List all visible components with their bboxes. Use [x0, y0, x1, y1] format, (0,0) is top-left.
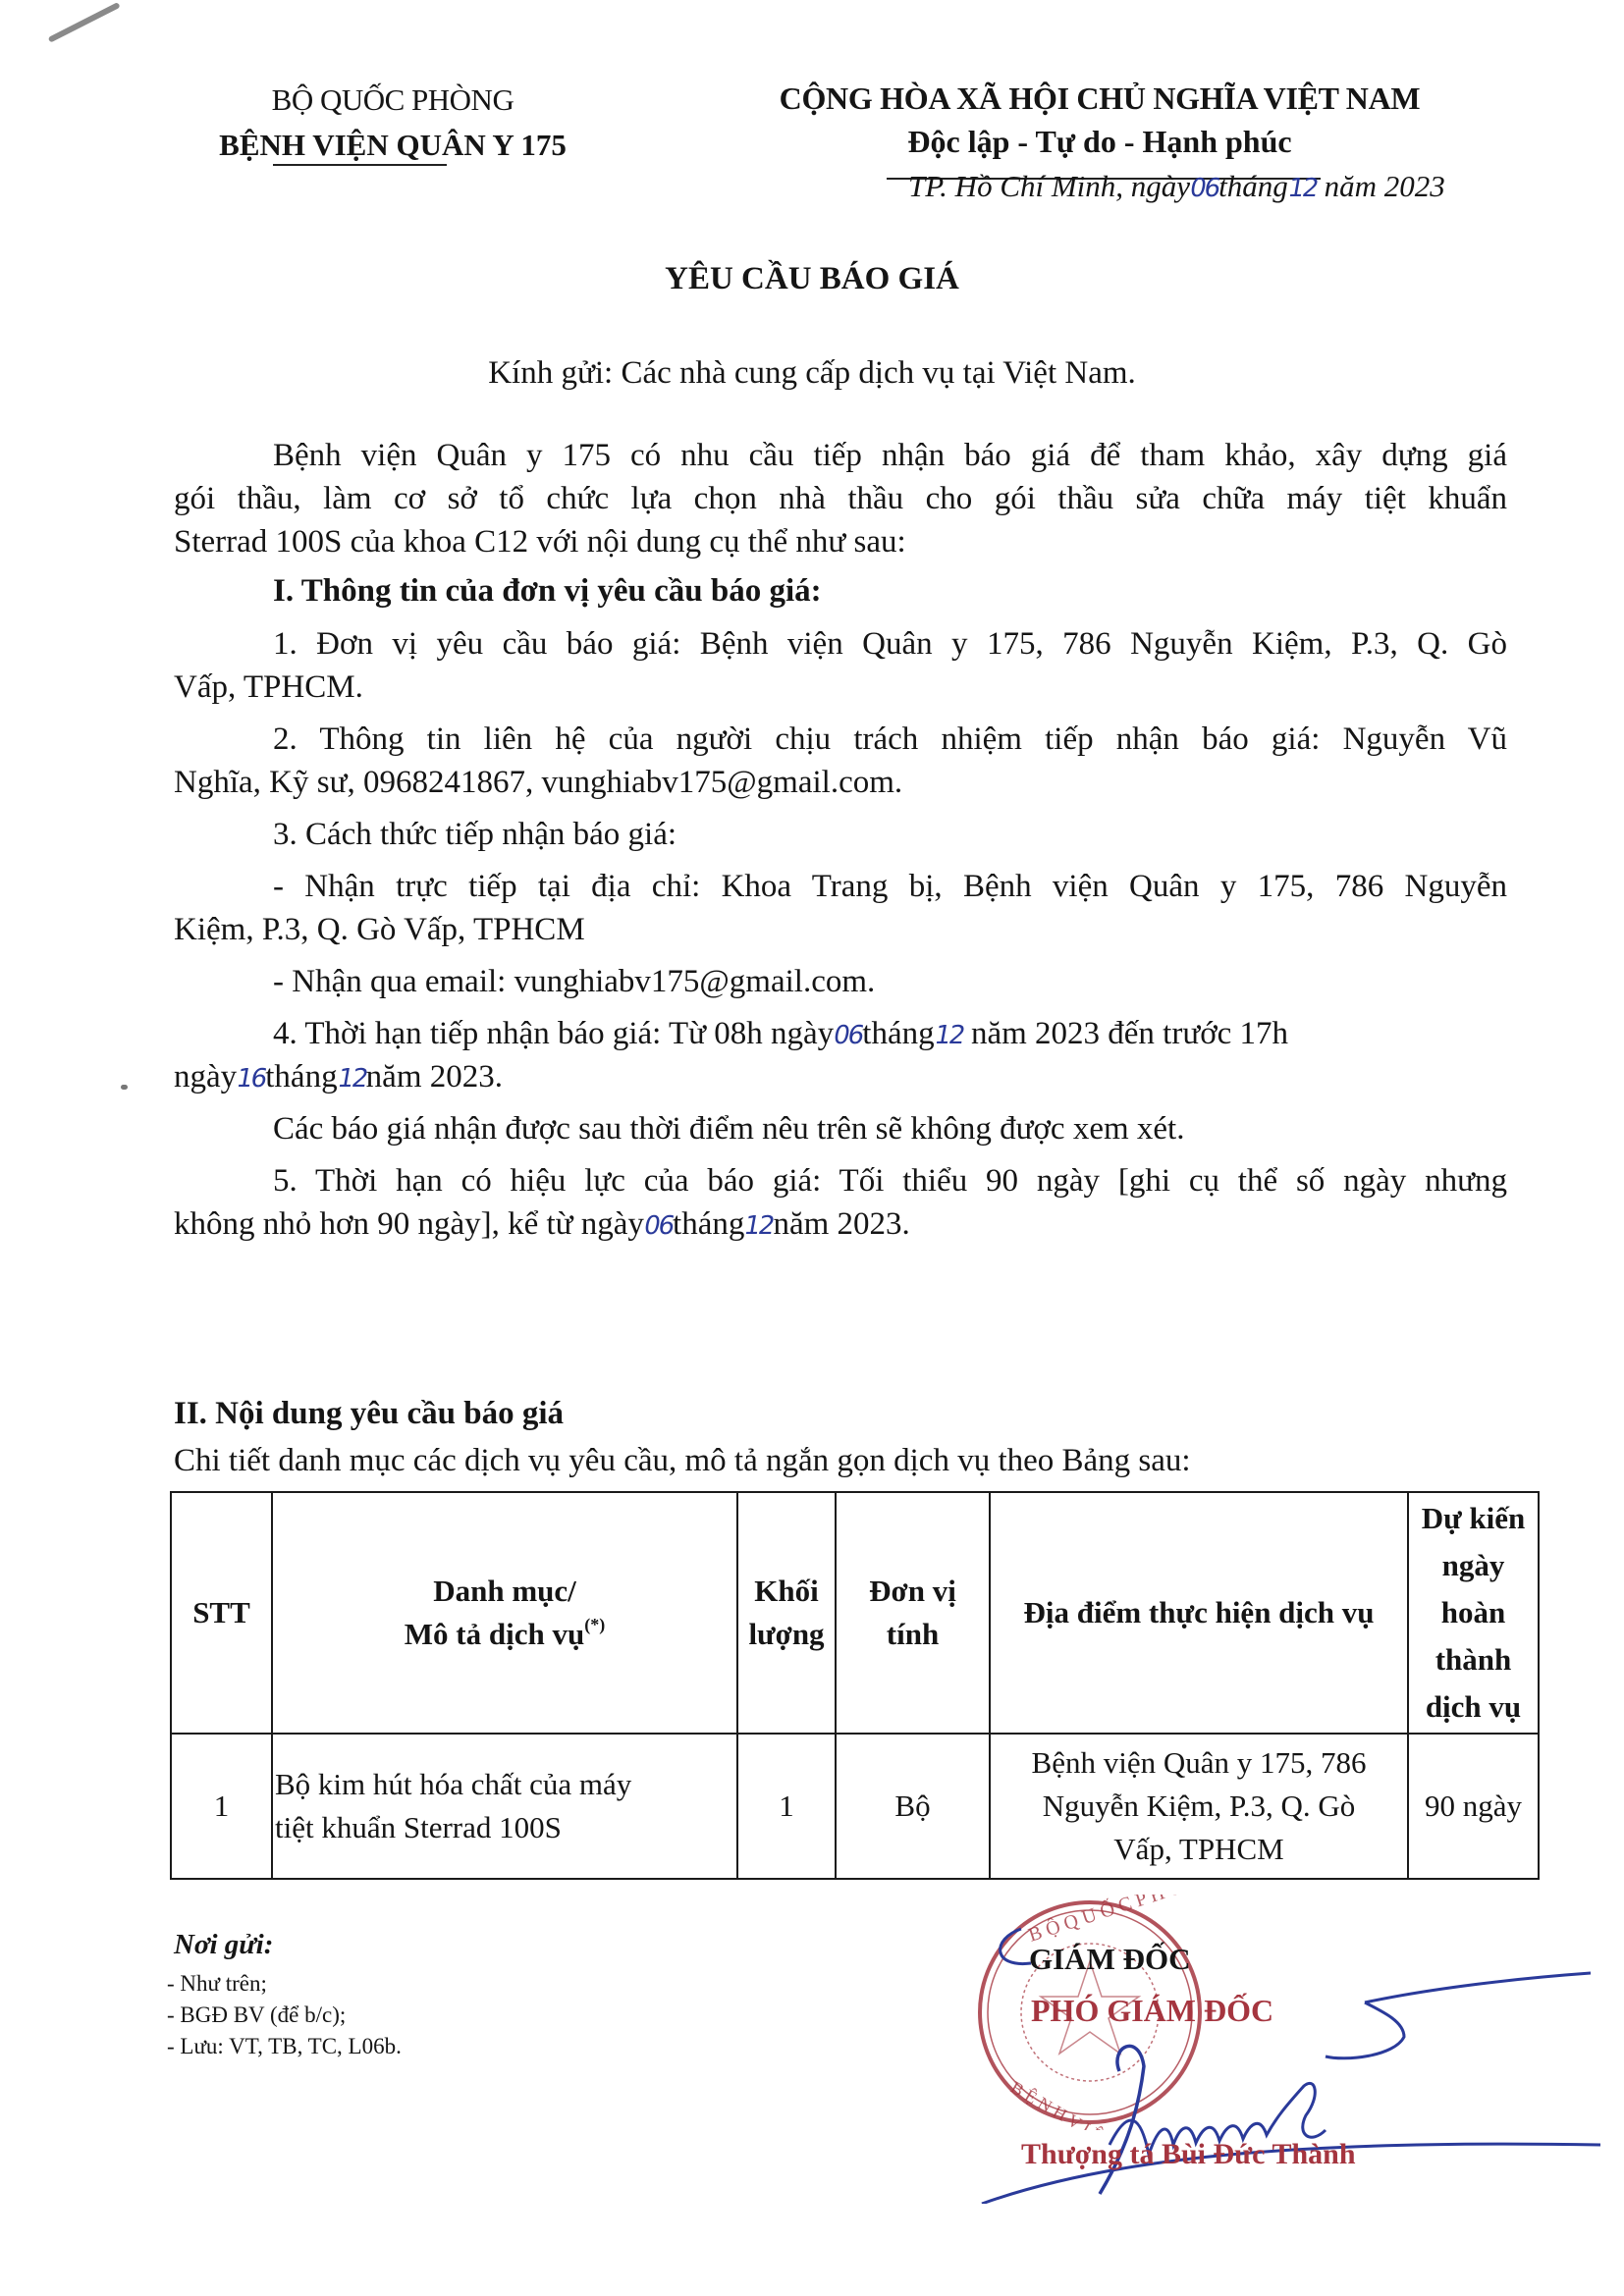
- header-duration-line-3: hoàn: [1441, 1595, 1505, 1629]
- item-5-line-1: 5. Thời hạn có hiệu lực của báo giá: Tối…: [273, 1163, 1507, 1200]
- item-1-line-1: 1. Đơn vị yêu cầu báo giá: Bệnh viện Quâ…: [273, 626, 1507, 663]
- header-quantity-line-1: Khối: [754, 1574, 818, 1608]
- handwritten-month: 12: [1285, 174, 1319, 203]
- item-5-line-2: không nhỏ hơn 90 ngày], kể từ ngày06thán…: [174, 1206, 910, 1243]
- item-4-line2-suffix: năm 2023.: [366, 1059, 503, 1095]
- footnote-marker: (*): [584, 1615, 605, 1634]
- intro-line-3: Sterrad 100S của khoa C12 với nội dung c…: [174, 524, 906, 561]
- header-unit-line-1: Đơn vị: [869, 1574, 956, 1608]
- section-1-heading: I. Thông tin của đơn vị yêu cầu báo giá:: [273, 573, 822, 610]
- item-3a-line-2: Kiệm, P.3, Q. Gò Vấp, TPHCM: [174, 912, 585, 948]
- header-left-underline: [273, 164, 447, 166]
- recipient-line: Kính gửi: Các nhà cung cấp dịch vụ tại V…: [0, 355, 1624, 392]
- header-duration: Dự kiến ngày hoàn thành dịch vụ: [1408, 1492, 1539, 1734]
- item-2-line-1: 2. Thông tin liên hệ của người chịu trác…: [273, 721, 1507, 758]
- item-3a-line-1: - Nhận trực tiếp tại địa chỉ: Khoa Trang…: [273, 869, 1507, 905]
- header-unit-line-2: tính: [887, 1617, 939, 1651]
- handwritten-end-month: 12: [335, 1064, 368, 1094]
- cell-description-line-1: Bộ kim hút hóa chất của máy: [275, 1767, 631, 1801]
- header-description-line-2: Mô tả dịch vụ: [405, 1617, 584, 1651]
- item-4-month-label: tháng: [862, 1016, 934, 1051]
- item-1-line-2: Vấp, TPHCM.: [174, 669, 363, 706]
- cell-stt: 1: [171, 1734, 272, 1879]
- handwritten-end-day: 16: [235, 1064, 268, 1094]
- item-5-line2-suffix: năm 2023.: [773, 1206, 909, 1242]
- header-duration-line-1: Dự kiến: [1422, 1501, 1526, 1535]
- header-stt: STT: [171, 1492, 272, 1734]
- intro-line-1: Bệnh viện Quân y 175 có nhu cầu tiếp nhậ…: [273, 438, 1507, 474]
- date-month-label: tháng: [1218, 169, 1288, 203]
- scan-speck: [121, 1085, 128, 1090]
- item-4-mid: năm 2023 đến trước 17h: [971, 1016, 1288, 1051]
- cell-location-line-3: Vấp, TPHCM: [1113, 1832, 1283, 1866]
- header-quantity: Khối lượng: [737, 1492, 836, 1734]
- section-2-heading: II. Nội dung yêu cầu báo giá: [174, 1396, 564, 1432]
- item-4-line2-prefix: ngày: [174, 1059, 237, 1095]
- send-to-item: - Như trên;: [167, 1971, 267, 1997]
- intro-line-2: gói thầu, làm cơ sở tổ chức lựa chọn nhà…: [174, 481, 1507, 517]
- header-unit: Đơn vị tính: [836, 1492, 990, 1734]
- section-2-description: Chi tiết danh mục các dịch vụ yêu cầu, m…: [174, 1443, 1191, 1479]
- item-4-line-1: 4. Thời hạn tiếp nhận báo giá: Từ 08h ng…: [273, 1016, 1288, 1052]
- cell-location-line-1: Bệnh viện Quân y 175, 786: [1032, 1745, 1367, 1780]
- handwritten-start-month: 12: [932, 1021, 965, 1050]
- signer-name: Thượng tá Bùi Đức Thành: [1021, 2138, 1356, 2171]
- cell-quantity: 1: [737, 1734, 836, 1879]
- date-prefix: TP. Hồ Chí Minh, ngày: [908, 169, 1190, 203]
- document-title: YÊU CẦU BÁO GIÁ: [0, 261, 1624, 297]
- cell-description: Bộ kim hút hóa chất của máy tiệt khuẩn S…: [272, 1734, 737, 1879]
- item-4-line2-month-label: tháng: [265, 1059, 337, 1095]
- item-5-month-label: tháng: [673, 1206, 744, 1242]
- handwritten-start-day: 06: [832, 1021, 865, 1050]
- table-row: 1 Bộ kim hút hóa chất của máy tiệt khuẩn…: [171, 1734, 1539, 1879]
- hospital-name: BỆNH VIỆN QUÂN Y 175: [147, 128, 638, 163]
- item-3: 3. Cách thức tiếp nhận báo giá:: [273, 817, 677, 853]
- header-description-line-1: Danh mục/: [433, 1574, 576, 1608]
- table-header-row: STT Danh mục/ Mô tả dịch vụ(*) Khối lượn…: [171, 1492, 1539, 1734]
- service-table: STT Danh mục/ Mô tả dịch vụ(*) Khối lượn…: [170, 1491, 1540, 1880]
- send-to-title: Nơi gửi:: [174, 1929, 273, 1961]
- item-5-line2-prefix: không nhỏ hơn 90 ngày], kể từ ngày: [174, 1206, 644, 1242]
- header-location: Địa điểm thực hiện dịch vụ: [990, 1492, 1408, 1734]
- cell-duration: 90 ngày: [1408, 1734, 1539, 1879]
- item-4-line-2: ngày16tháng12năm 2023.: [174, 1059, 503, 1095]
- handwritten-day: 06: [1187, 174, 1220, 203]
- header-duration-line-5: dịch vụ: [1426, 1689, 1521, 1724]
- handwritten-valid-day: 06: [641, 1211, 675, 1241]
- header-duration-line-4: thành: [1435, 1642, 1512, 1677]
- cell-description-line-2: tiệt khuẩn Sterrad 100S: [275, 1810, 562, 1844]
- send-to-item: - BGĐ BV (để b/c);: [167, 2002, 346, 2028]
- nation-name: CỘNG HÒA XÃ HỘI CHỦ NGHĨA VIỆT NAM: [766, 80, 1434, 117]
- send-to-item: - Lưu: VT, TB, TC, L06b.: [167, 2034, 402, 2059]
- pencil-mark: [48, 2, 121, 43]
- document-date: TP. Hồ Chí Minh, ngày06tháng12 năm 2023: [908, 169, 1445, 204]
- handwritten-valid-month: 12: [742, 1211, 776, 1241]
- date-year: năm 2023: [1325, 169, 1445, 203]
- cell-location-line-2: Nguyễn Kiệm, P.3, Q. Gò: [1043, 1789, 1356, 1823]
- national-motto: Độc lập - Tự do - Hạnh phúc: [766, 124, 1434, 160]
- item-4-prefix: 4. Thời hạn tiếp nhận báo giá: Từ 08h ng…: [273, 1016, 834, 1051]
- item-3b: - Nhận qua email: vunghiabv175@gmail.com…: [273, 964, 875, 1000]
- cell-location: Bệnh viện Quân y 175, 786 Nguyễn Kiệm, P…: [990, 1734, 1408, 1879]
- header-quantity-line-2: lượng: [748, 1617, 824, 1651]
- ministry-name: BỘ QUỐC PHÒNG: [147, 82, 638, 118]
- late-submission-note: Các báo giá nhận được sau thời điểm nêu …: [273, 1111, 1184, 1148]
- cell-unit: Bộ: [836, 1734, 990, 1879]
- header-description: Danh mục/ Mô tả dịch vụ(*): [272, 1492, 737, 1734]
- header-duration-line-2: ngày: [1442, 1548, 1505, 1582]
- item-2-line-2: Nghĩa, Kỹ sư, 0968241867, vunghiabv175@g…: [174, 765, 902, 801]
